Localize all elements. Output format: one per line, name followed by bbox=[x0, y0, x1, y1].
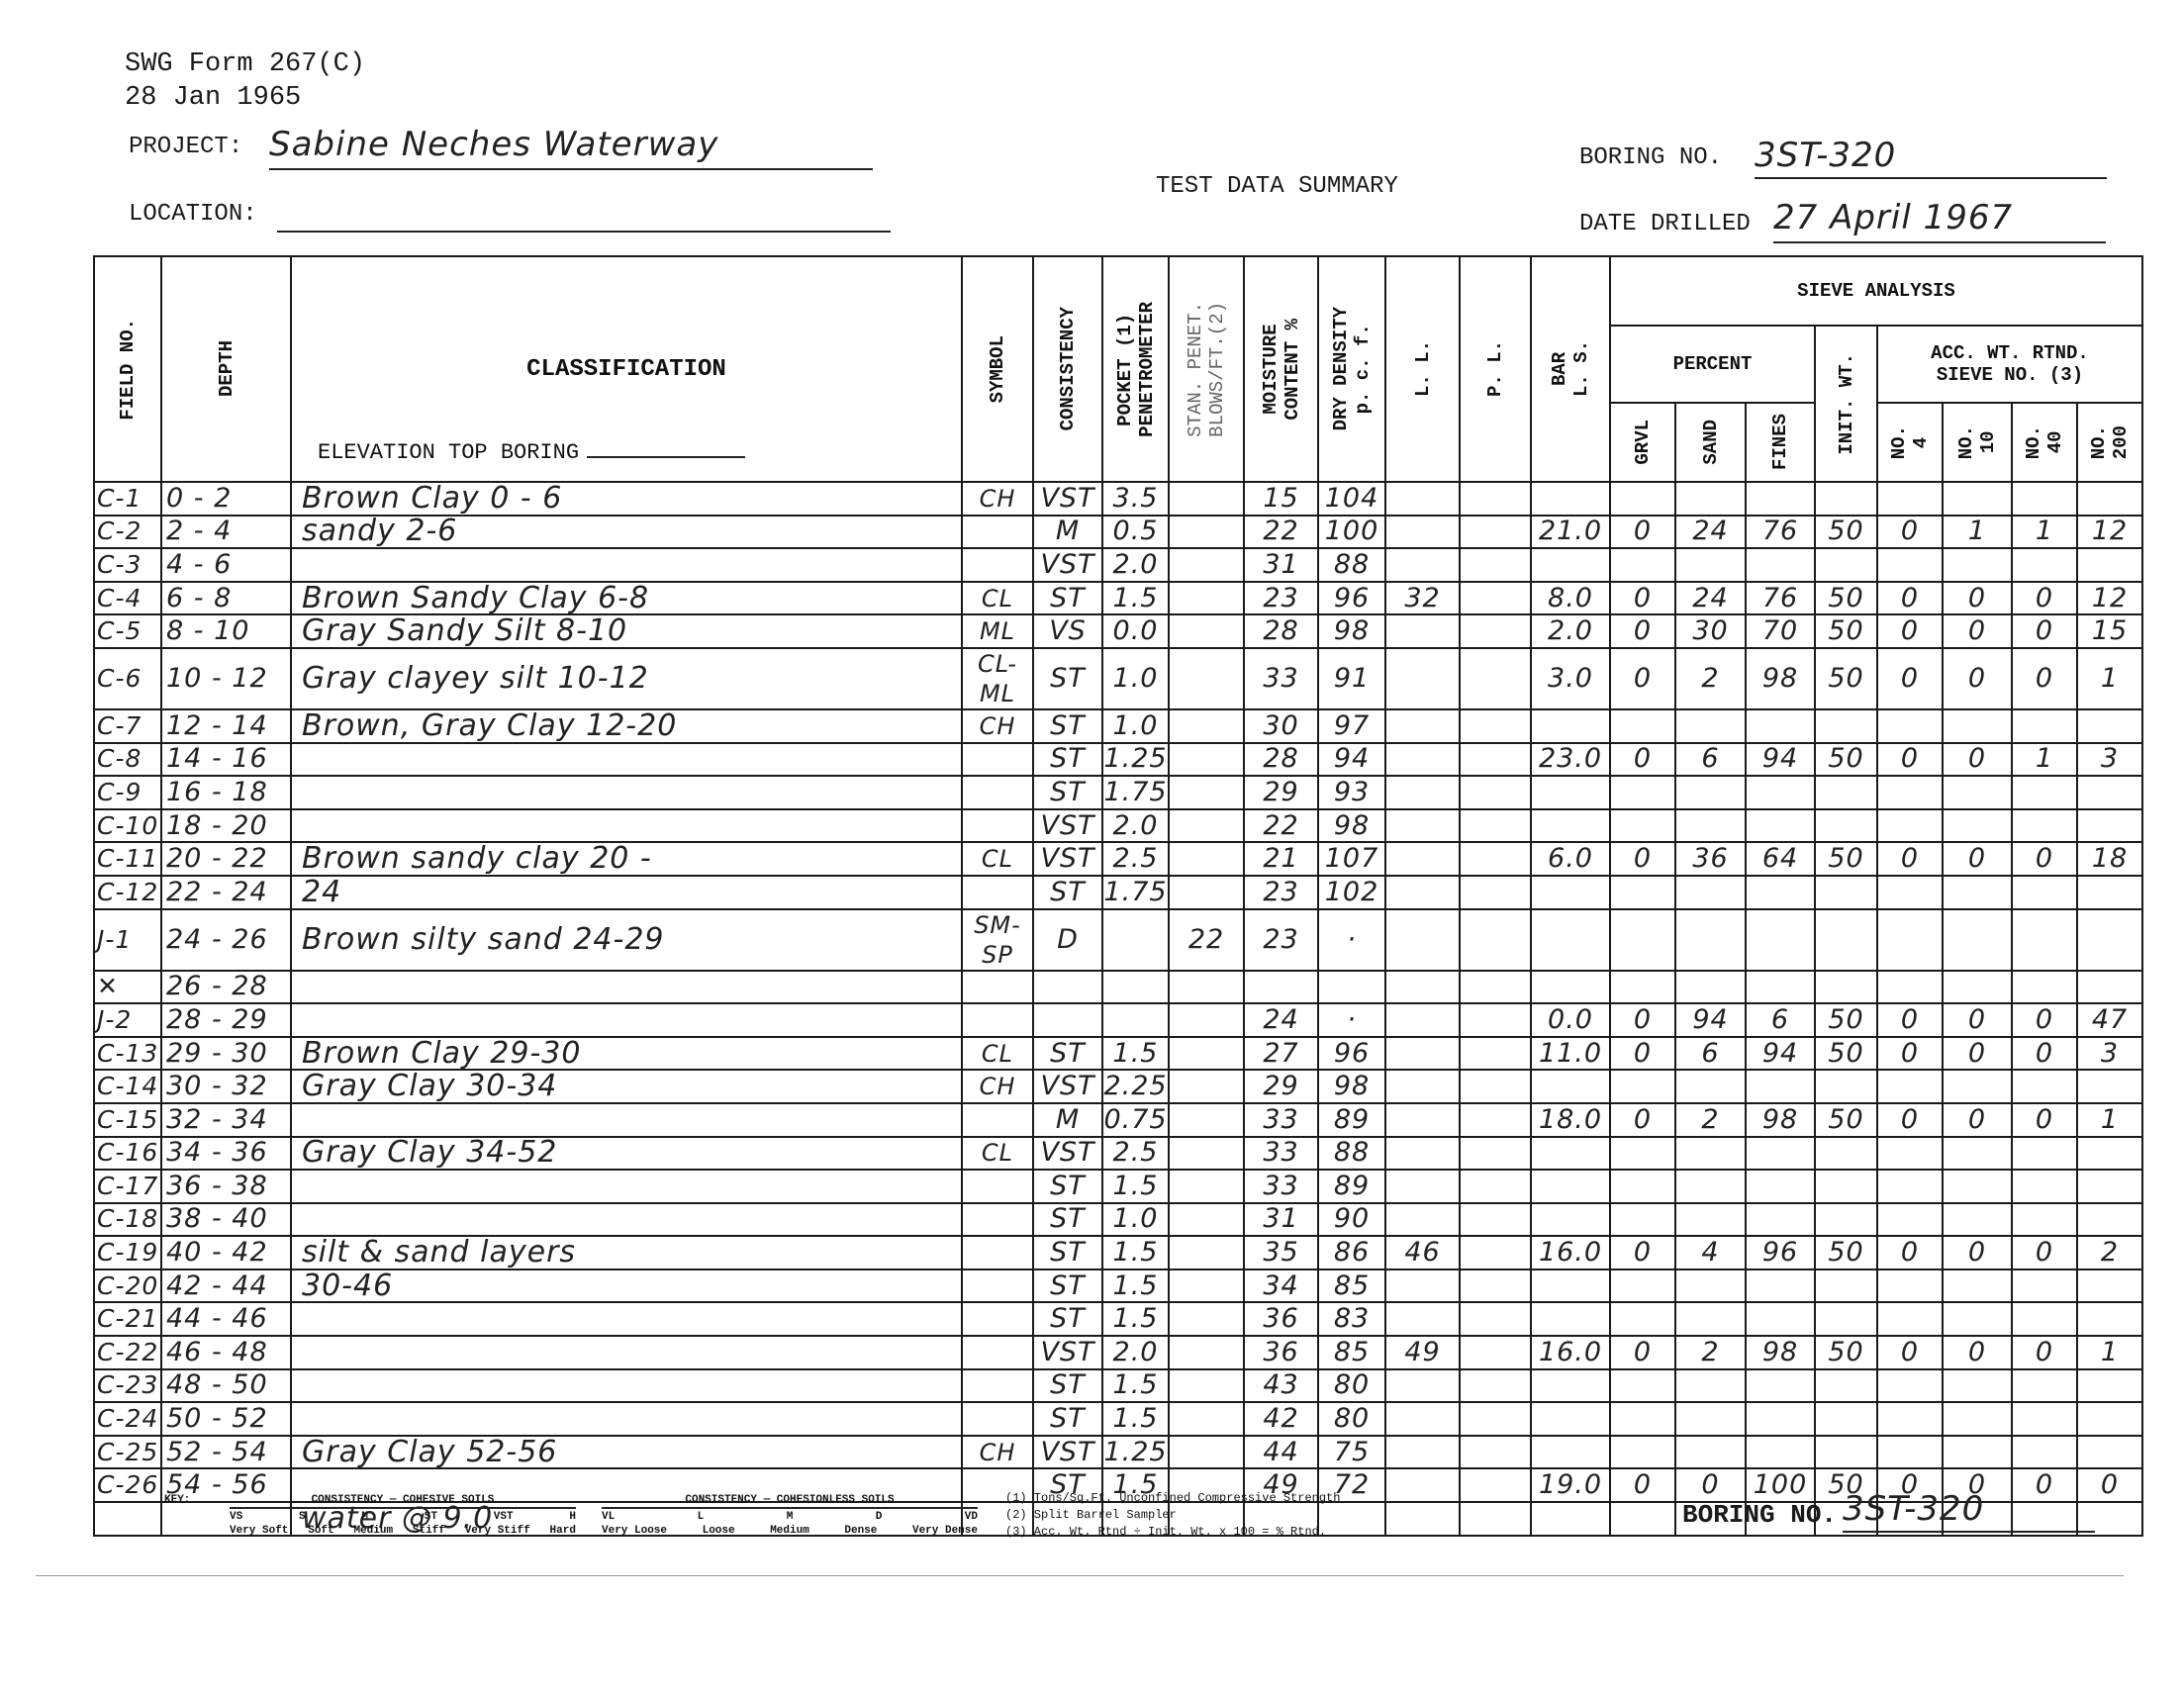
cell-field-no[interactable]: C-10 bbox=[94, 809, 161, 843]
cell-fines-pct[interactable] bbox=[1746, 1436, 1815, 1469]
cell-bar-linear-shrinkage[interactable] bbox=[1531, 1402, 1610, 1436]
cell-ret-no-200[interactable]: 1 bbox=[2077, 648, 2142, 709]
cell-fines-pct[interactable]: 100 bbox=[1746, 1468, 1815, 1502]
cell-liquid-limit[interactable] bbox=[1385, 1203, 1460, 1237]
cell-ret-no-40[interactable] bbox=[2012, 1203, 2077, 1237]
cell-ret-no-10[interactable] bbox=[1943, 876, 2012, 909]
cell-initial-weight[interactable]: 50 bbox=[1815, 648, 1877, 709]
cell-liquid-limit[interactable] bbox=[1385, 1137, 1460, 1171]
cell-pocket-penetrometer[interactable]: 1.0 bbox=[1102, 1203, 1169, 1237]
cell-bar-linear-shrinkage[interactable]: 21.0 bbox=[1531, 516, 1610, 549]
cell-classification[interactable] bbox=[291, 971, 962, 1004]
cell-sand-pct[interactable]: 4 bbox=[1675, 1236, 1746, 1269]
cell-moisture-content[interactable]: 36 bbox=[1244, 1302, 1318, 1336]
cell-std-penetration[interactable] bbox=[1169, 1203, 1244, 1237]
cell-pocket-penetrometer[interactable]: 2.0 bbox=[1102, 1336, 1169, 1369]
cell-plastic-limit[interactable] bbox=[1460, 1502, 1531, 1536]
cell-consistency[interactable]: VST bbox=[1033, 1336, 1102, 1369]
cell-std-penetration[interactable] bbox=[1169, 582, 1244, 615]
cell-pocket-penetrometer[interactable]: 2.25 bbox=[1102, 1070, 1169, 1103]
cell-bar-linear-shrinkage[interactable] bbox=[1531, 809, 1610, 843]
cell-ret-no-40[interactable]: 0 bbox=[2012, 1236, 2077, 1269]
cell-ret-no-40[interactable]: 0 bbox=[2012, 1037, 2077, 1071]
cell-ret-no-4[interactable]: 0 bbox=[1877, 1103, 1943, 1137]
cell-gravel-pct[interactable] bbox=[1610, 1369, 1675, 1403]
cell-ret-no-200[interactable] bbox=[2077, 1269, 2142, 1303]
cell-fines-pct[interactable]: 94 bbox=[1746, 743, 1815, 777]
cell-liquid-limit[interactable] bbox=[1385, 1468, 1460, 1502]
cell-depth[interactable]: 22 - 24 bbox=[161, 876, 291, 909]
cell-bar-linear-shrinkage[interactable] bbox=[1531, 548, 1610, 582]
cell-fines-pct[interactable]: 98 bbox=[1746, 1103, 1815, 1137]
cell-ret-no-10[interactable] bbox=[1943, 776, 2012, 809]
cell-classification[interactable]: Brown silty sand 24-29 bbox=[291, 909, 962, 971]
cell-bar-linear-shrinkage[interactable]: 19.0 bbox=[1531, 1468, 1610, 1502]
cell-ret-no-200[interactable] bbox=[2077, 1203, 2142, 1237]
cell-depth[interactable]: 36 - 38 bbox=[161, 1170, 291, 1203]
cell-symbol[interactable] bbox=[962, 1203, 1033, 1237]
cell-gravel-pct[interactable]: 0 bbox=[1610, 1468, 1675, 1502]
cell-gravel-pct[interactable]: 0 bbox=[1610, 842, 1675, 876]
cell-dry-density[interactable]: 107 bbox=[1318, 842, 1385, 876]
cell-initial-weight[interactable] bbox=[1815, 1302, 1877, 1336]
cell-std-penetration[interactable] bbox=[1169, 516, 1244, 549]
cell-ret-no-10[interactable] bbox=[1943, 1302, 2012, 1336]
cell-bar-linear-shrinkage[interactable]: 11.0 bbox=[1531, 1037, 1610, 1071]
cell-ret-no-40[interactable] bbox=[2012, 809, 2077, 843]
cell-pocket-penetrometer[interactable]: 1.75 bbox=[1102, 876, 1169, 909]
cell-ret-no-10[interactable] bbox=[1943, 971, 2012, 1004]
cell-pocket-penetrometer[interactable]: 2.0 bbox=[1102, 809, 1169, 843]
cell-plastic-limit[interactable] bbox=[1460, 876, 1531, 909]
cell-fines-pct[interactable] bbox=[1746, 1137, 1815, 1171]
cell-field-no[interactable]: J-2 bbox=[94, 1003, 161, 1037]
cell-gravel-pct[interactable] bbox=[1610, 809, 1675, 843]
cell-dry-density[interactable]: · bbox=[1318, 1003, 1385, 1037]
cell-ret-no-40[interactable]: 0 bbox=[2012, 614, 2077, 648]
cell-liquid-limit[interactable] bbox=[1385, 548, 1460, 582]
cell-field-no[interactable]: C-20 bbox=[94, 1269, 161, 1303]
cell-ret-no-4[interactable] bbox=[1877, 482, 1943, 516]
cell-moisture-content[interactable]: 31 bbox=[1244, 1203, 1318, 1237]
cell-depth[interactable]: 24 - 26 bbox=[161, 909, 291, 971]
cell-ret-no-10[interactable] bbox=[1943, 1369, 2012, 1403]
cell-classification[interactable] bbox=[291, 809, 962, 843]
cell-ret-no-10[interactable] bbox=[1943, 809, 2012, 843]
cell-consistency[interactable]: ST bbox=[1033, 743, 1102, 777]
cell-ret-no-10[interactable]: 0 bbox=[1943, 1336, 2012, 1369]
cell-bar-linear-shrinkage[interactable] bbox=[1531, 1137, 1610, 1171]
cell-initial-weight[interactable] bbox=[1815, 1402, 1877, 1436]
cell-ret-no-10[interactable]: 0 bbox=[1943, 582, 2012, 615]
cell-consistency[interactable]: M bbox=[1033, 516, 1102, 549]
cell-sand-pct[interactable] bbox=[1675, 1369, 1746, 1403]
cell-moisture-content[interactable]: 36 bbox=[1244, 1336, 1318, 1369]
cell-gravel-pct[interactable]: 0 bbox=[1610, 582, 1675, 615]
cell-gravel-pct[interactable] bbox=[1610, 1137, 1675, 1171]
cell-gravel-pct[interactable]: 0 bbox=[1610, 648, 1675, 709]
cell-gravel-pct[interactable] bbox=[1610, 1402, 1675, 1436]
cell-std-penetration[interactable] bbox=[1169, 1003, 1244, 1037]
cell-depth[interactable]: 52 - 54 bbox=[161, 1436, 291, 1469]
cell-ret-no-200[interactable] bbox=[2077, 809, 2142, 843]
cell-initial-weight[interactable] bbox=[1815, 1203, 1877, 1237]
cell-gravel-pct[interactable]: 0 bbox=[1610, 614, 1675, 648]
cell-bar-linear-shrinkage[interactable]: 23.0 bbox=[1531, 743, 1610, 777]
cell-fines-pct[interactable]: 98 bbox=[1746, 1336, 1815, 1369]
cell-fines-pct[interactable] bbox=[1746, 482, 1815, 516]
cell-symbol[interactable]: ML bbox=[962, 614, 1033, 648]
cell-ret-no-200[interactable] bbox=[2077, 1402, 2142, 1436]
cell-sand-pct[interactable] bbox=[1675, 548, 1746, 582]
cell-ret-no-40[interactable]: 0 bbox=[2012, 842, 2077, 876]
cell-sand-pct[interactable] bbox=[1675, 482, 1746, 516]
cell-ret-no-200[interactable]: 3 bbox=[2077, 743, 2142, 777]
date-drilled-field[interactable]: 27 April 1967 bbox=[1773, 198, 2106, 243]
cell-initial-weight[interactable]: 50 bbox=[1815, 614, 1877, 648]
cell-ret-no-40[interactable] bbox=[2012, 971, 2077, 1004]
project-field[interactable]: Sabine Neches Waterway bbox=[269, 125, 873, 170]
cell-classification[interactable]: Gray Clay 52-56 bbox=[291, 1436, 962, 1469]
cell-moisture-content[interactable]: 42 bbox=[1244, 1402, 1318, 1436]
cell-symbol[interactable]: CL bbox=[962, 582, 1033, 615]
cell-moisture-content[interactable]: 23 bbox=[1244, 909, 1318, 971]
cell-ret-no-4[interactable] bbox=[1877, 1436, 1943, 1469]
cell-pocket-penetrometer[interactable]: 1.5 bbox=[1102, 582, 1169, 615]
cell-fines-pct[interactable] bbox=[1746, 709, 1815, 743]
cell-dry-density[interactable]: 89 bbox=[1318, 1170, 1385, 1203]
cell-std-penetration[interactable] bbox=[1169, 743, 1244, 777]
cell-symbol[interactable]: CH bbox=[962, 1436, 1033, 1469]
cell-field-no[interactable]: C-12 bbox=[94, 876, 161, 909]
cell-field-no[interactable]: C-13 bbox=[94, 1037, 161, 1071]
cell-dry-density[interactable]: 96 bbox=[1318, 582, 1385, 615]
cell-bar-linear-shrinkage[interactable] bbox=[1531, 1203, 1610, 1237]
cell-gravel-pct[interactable]: 0 bbox=[1610, 743, 1675, 777]
cell-consistency[interactable]: ST bbox=[1033, 1369, 1102, 1403]
cell-initial-weight[interactable]: 50 bbox=[1815, 516, 1877, 549]
cell-depth[interactable]: 20 - 22 bbox=[161, 842, 291, 876]
cell-sand-pct[interactable] bbox=[1675, 1402, 1746, 1436]
cell-dry-density[interactable]: · bbox=[1318, 909, 1385, 971]
cell-plastic-limit[interactable] bbox=[1460, 1402, 1531, 1436]
cell-ret-no-10[interactable]: 0 bbox=[1943, 1003, 2012, 1037]
cell-field-no[interactable]: C-22 bbox=[94, 1336, 161, 1369]
cell-fines-pct[interactable]: 76 bbox=[1746, 582, 1815, 615]
cell-ret-no-40[interactable] bbox=[2012, 1269, 2077, 1303]
cell-symbol[interactable] bbox=[962, 1269, 1033, 1303]
cell-fines-pct[interactable]: 64 bbox=[1746, 842, 1815, 876]
cell-dry-density[interactable]: 104 bbox=[1318, 482, 1385, 516]
cell-depth[interactable]: 44 - 46 bbox=[161, 1302, 291, 1336]
cell-classification[interactable] bbox=[291, 1336, 962, 1369]
cell-classification[interactable] bbox=[291, 1103, 962, 1137]
cell-symbol[interactable]: CL bbox=[962, 1037, 1033, 1071]
cell-liquid-limit[interactable] bbox=[1385, 776, 1460, 809]
cell-depth[interactable]: 26 - 28 bbox=[161, 971, 291, 1004]
cell-std-penetration[interactable] bbox=[1169, 809, 1244, 843]
cell-moisture-content[interactable]: 33 bbox=[1244, 1103, 1318, 1137]
cell-gravel-pct[interactable] bbox=[1610, 1502, 1675, 1536]
cell-fines-pct[interactable] bbox=[1746, 1203, 1815, 1237]
cell-symbol[interactable]: CL-ML bbox=[962, 648, 1033, 709]
cell-classification[interactable]: Brown, Gray Clay 12-20 bbox=[291, 709, 962, 743]
cell-ret-no-4[interactable]: 0 bbox=[1877, 743, 1943, 777]
cell-sand-pct[interactable]: 6 bbox=[1675, 743, 1746, 777]
cell-std-penetration[interactable] bbox=[1169, 776, 1244, 809]
cell-fines-pct[interactable] bbox=[1746, 1170, 1815, 1203]
cell-plastic-limit[interactable] bbox=[1460, 1137, 1531, 1171]
cell-ret-no-200[interactable] bbox=[2077, 548, 2142, 582]
cell-ret-no-40[interactable]: 0 bbox=[2012, 648, 2077, 709]
cell-gravel-pct[interactable] bbox=[1610, 482, 1675, 516]
cell-moisture-content[interactable]: 44 bbox=[1244, 1436, 1318, 1469]
cell-depth[interactable]: 6 - 8 bbox=[161, 582, 291, 615]
cell-moisture-content[interactable]: 15 bbox=[1244, 482, 1318, 516]
cell-ret-no-4[interactable] bbox=[1877, 1302, 1943, 1336]
cell-field-no[interactable]: C-4 bbox=[94, 582, 161, 615]
cell-moisture-content[interactable]: 22 bbox=[1244, 516, 1318, 549]
cell-plastic-limit[interactable] bbox=[1460, 1336, 1531, 1369]
cell-depth[interactable]: 38 - 40 bbox=[161, 1203, 291, 1237]
cell-dry-density[interactable] bbox=[1318, 971, 1385, 1004]
cell-classification[interactable]: silt & sand layers bbox=[291, 1236, 962, 1269]
cell-symbol[interactable] bbox=[962, 776, 1033, 809]
cell-ret-no-4[interactable] bbox=[1877, 1137, 1943, 1171]
elevation-field[interactable] bbox=[587, 456, 745, 458]
footer-boring-field[interactable]: 3ST-320 bbox=[1843, 1489, 2095, 1533]
cell-ret-no-200[interactable] bbox=[2077, 971, 2142, 1004]
cell-ret-no-200[interactable]: 3 bbox=[2077, 1037, 2142, 1071]
cell-fines-pct[interactable]: 98 bbox=[1746, 648, 1815, 709]
cell-symbol[interactable] bbox=[962, 1170, 1033, 1203]
cell-sand-pct[interactable] bbox=[1675, 1137, 1746, 1171]
cell-ret-no-4[interactable] bbox=[1877, 776, 1943, 809]
cell-sand-pct[interactable] bbox=[1675, 809, 1746, 843]
cell-bar-linear-shrinkage[interactable]: 16.0 bbox=[1531, 1336, 1610, 1369]
cell-liquid-limit[interactable] bbox=[1385, 516, 1460, 549]
cell-initial-weight[interactable]: 50 bbox=[1815, 1003, 1877, 1037]
cell-gravel-pct[interactable]: 0 bbox=[1610, 1037, 1675, 1071]
cell-field-no[interactable]: C-21 bbox=[94, 1302, 161, 1336]
cell-depth[interactable]: 32 - 34 bbox=[161, 1103, 291, 1137]
cell-classification[interactable]: Gray clayey silt 10-12 bbox=[291, 648, 962, 709]
cell-initial-weight[interactable] bbox=[1815, 1170, 1877, 1203]
cell-gravel-pct[interactable]: 0 bbox=[1610, 1236, 1675, 1269]
cell-sand-pct[interactable]: 6 bbox=[1675, 1037, 1746, 1071]
cell-gravel-pct[interactable] bbox=[1610, 1436, 1675, 1469]
cell-gravel-pct[interactable]: 0 bbox=[1610, 1103, 1675, 1137]
cell-ret-no-10[interactable] bbox=[1943, 1170, 2012, 1203]
cell-moisture-content[interactable]: 29 bbox=[1244, 1070, 1318, 1103]
cell-ret-no-200[interactable]: 47 bbox=[2077, 1003, 2142, 1037]
cell-gravel-pct[interactable]: 0 bbox=[1610, 1003, 1675, 1037]
cell-consistency[interactable]: VST bbox=[1033, 1436, 1102, 1469]
cell-pocket-penetrometer[interactable]: 0.75 bbox=[1102, 1103, 1169, 1137]
cell-consistency[interactable] bbox=[1033, 971, 1102, 1004]
cell-ret-no-4[interactable] bbox=[1877, 971, 1943, 1004]
cell-ret-no-4[interactable] bbox=[1877, 1402, 1943, 1436]
cell-std-penetration[interactable] bbox=[1169, 1369, 1244, 1403]
cell-field-no[interactable]: C-15 bbox=[94, 1103, 161, 1137]
cell-gravel-pct[interactable] bbox=[1610, 1170, 1675, 1203]
cell-moisture-content[interactable]: 21 bbox=[1244, 842, 1318, 876]
cell-ret-no-4[interactable] bbox=[1877, 548, 1943, 582]
cell-ret-no-4[interactable]: 0 bbox=[1877, 582, 1943, 615]
cell-consistency[interactable]: ST bbox=[1033, 776, 1102, 809]
cell-fines-pct[interactable] bbox=[1746, 909, 1815, 971]
cell-ret-no-40[interactable] bbox=[2012, 776, 2077, 809]
cell-consistency[interactable]: ST bbox=[1033, 876, 1102, 909]
cell-moisture-content[interactable]: 30 bbox=[1244, 709, 1318, 743]
cell-symbol[interactable] bbox=[962, 548, 1033, 582]
cell-liquid-limit[interactable] bbox=[1385, 1269, 1460, 1303]
cell-consistency[interactable]: D bbox=[1033, 909, 1102, 971]
cell-std-penetration[interactable] bbox=[1169, 1170, 1244, 1203]
cell-moisture-content[interactable]: 23 bbox=[1244, 582, 1318, 615]
cell-std-penetration[interactable] bbox=[1169, 1436, 1244, 1469]
cell-depth[interactable]: 42 - 44 bbox=[161, 1269, 291, 1303]
cell-std-penetration[interactable] bbox=[1169, 876, 1244, 909]
cell-plastic-limit[interactable] bbox=[1460, 743, 1531, 777]
cell-ret-no-40[interactable] bbox=[2012, 1137, 2077, 1171]
cell-pocket-penetrometer[interactable] bbox=[1102, 909, 1169, 971]
cell-std-penetration[interactable]: 22 bbox=[1169, 909, 1244, 971]
cell-ret-no-10[interactable] bbox=[1943, 1436, 2012, 1469]
cell-liquid-limit[interactable] bbox=[1385, 482, 1460, 516]
cell-plastic-limit[interactable] bbox=[1460, 516, 1531, 549]
cell-depth[interactable]: 4 - 6 bbox=[161, 548, 291, 582]
cell-plastic-limit[interactable] bbox=[1460, 1103, 1531, 1137]
cell-symbol[interactable]: SM-SP bbox=[962, 909, 1033, 971]
cell-symbol[interactable] bbox=[962, 1103, 1033, 1137]
cell-ret-no-4[interactable] bbox=[1877, 909, 1943, 971]
cell-consistency[interactable] bbox=[1033, 1003, 1102, 1037]
cell-moisture-content[interactable]: 29 bbox=[1244, 776, 1318, 809]
cell-sand-pct[interactable]: 94 bbox=[1675, 1003, 1746, 1037]
cell-initial-weight[interactable] bbox=[1815, 1269, 1877, 1303]
cell-pocket-penetrometer[interactable]: 1.5 bbox=[1102, 1236, 1169, 1269]
cell-bar-linear-shrinkage[interactable] bbox=[1531, 1436, 1610, 1469]
cell-ret-no-4[interactable] bbox=[1877, 709, 1943, 743]
cell-field-no[interactable]: C-19 bbox=[94, 1236, 161, 1269]
cell-moisture-content[interactable]: 28 bbox=[1244, 614, 1318, 648]
cell-std-penetration[interactable] bbox=[1169, 614, 1244, 648]
cell-initial-weight[interactable]: 50 bbox=[1815, 1236, 1877, 1269]
cell-liquid-limit[interactable]: 49 bbox=[1385, 1336, 1460, 1369]
cell-classification[interactable]: 30-46 bbox=[291, 1269, 962, 1303]
cell-ret-no-10[interactable] bbox=[1943, 1137, 2012, 1171]
cell-ret-no-200[interactable] bbox=[2077, 709, 2142, 743]
cell-consistency[interactable]: VST bbox=[1033, 842, 1102, 876]
cell-consistency[interactable]: M bbox=[1033, 1103, 1102, 1137]
cell-pocket-penetrometer[interactable]: 1.0 bbox=[1102, 709, 1169, 743]
cell-symbol[interactable] bbox=[962, 1236, 1033, 1269]
cell-symbol[interactable]: CH bbox=[962, 1070, 1033, 1103]
cell-dry-density[interactable]: 98 bbox=[1318, 1070, 1385, 1103]
location-field[interactable] bbox=[277, 231, 891, 233]
cell-pocket-penetrometer[interactable]: 2.0 bbox=[1102, 548, 1169, 582]
cell-bar-linear-shrinkage[interactable]: 16.0 bbox=[1531, 1236, 1610, 1269]
cell-ret-no-200[interactable]: 15 bbox=[2077, 614, 2142, 648]
cell-gravel-pct[interactable] bbox=[1610, 971, 1675, 1004]
cell-bar-linear-shrinkage[interactable] bbox=[1531, 709, 1610, 743]
cell-dry-density[interactable]: 80 bbox=[1318, 1402, 1385, 1436]
cell-bar-linear-shrinkage[interactable] bbox=[1531, 1369, 1610, 1403]
cell-fines-pct[interactable] bbox=[1746, 1070, 1815, 1103]
cell-ret-no-10[interactable] bbox=[1943, 1070, 2012, 1103]
cell-liquid-limit[interactable] bbox=[1385, 876, 1460, 909]
cell-dry-density[interactable]: 75 bbox=[1318, 1436, 1385, 1469]
cell-fines-pct[interactable] bbox=[1746, 809, 1815, 843]
cell-bar-linear-shrinkage[interactable]: 2.0 bbox=[1531, 614, 1610, 648]
cell-ret-no-4[interactable]: 0 bbox=[1877, 1236, 1943, 1269]
cell-liquid-limit[interactable] bbox=[1385, 971, 1460, 1004]
cell-std-penetration[interactable] bbox=[1169, 1269, 1244, 1303]
cell-sand-pct[interactable]: 24 bbox=[1675, 516, 1746, 549]
cell-liquid-limit[interactable] bbox=[1385, 1103, 1460, 1137]
cell-moisture-content[interactable]: 24 bbox=[1244, 1003, 1318, 1037]
cell-initial-weight[interactable]: 50 bbox=[1815, 582, 1877, 615]
cell-dry-density[interactable]: 85 bbox=[1318, 1269, 1385, 1303]
cell-initial-weight[interactable] bbox=[1815, 776, 1877, 809]
cell-pocket-penetrometer[interactable]: 1.75 bbox=[1102, 776, 1169, 809]
cell-bar-linear-shrinkage[interactable] bbox=[1531, 1269, 1610, 1303]
cell-plastic-limit[interactable] bbox=[1460, 548, 1531, 582]
cell-ret-no-40[interactable] bbox=[2012, 1402, 2077, 1436]
cell-plastic-limit[interactable] bbox=[1460, 1302, 1531, 1336]
boring-number-field[interactable]: 3ST-320 bbox=[1755, 136, 2107, 179]
cell-ret-no-40[interactable]: 1 bbox=[2012, 743, 2077, 777]
cell-fines-pct[interactable] bbox=[1746, 776, 1815, 809]
cell-dry-density[interactable]: 88 bbox=[1318, 1137, 1385, 1171]
cell-dry-density[interactable]: 102 bbox=[1318, 876, 1385, 909]
cell-std-penetration[interactable] bbox=[1169, 1070, 1244, 1103]
cell-std-penetration[interactable] bbox=[1169, 548, 1244, 582]
cell-classification[interactable]: Brown Clay 0 - 6 bbox=[291, 482, 962, 516]
cell-bar-linear-shrinkage[interactable] bbox=[1531, 1170, 1610, 1203]
cell-ret-no-200[interactable]: 18 bbox=[2077, 842, 2142, 876]
cell-pocket-penetrometer[interactable]: 1.25 bbox=[1102, 743, 1169, 777]
cell-dry-density[interactable]: 85 bbox=[1318, 1336, 1385, 1369]
cell-std-penetration[interactable] bbox=[1169, 1037, 1244, 1071]
cell-ret-no-10[interactable]: 0 bbox=[1943, 1103, 2012, 1137]
cell-fines-pct[interactable] bbox=[1746, 1402, 1815, 1436]
cell-fines-pct[interactable] bbox=[1746, 548, 1815, 582]
cell-bar-linear-shrinkage[interactable]: 8.0 bbox=[1531, 582, 1610, 615]
cell-dry-density[interactable]: 83 bbox=[1318, 1302, 1385, 1336]
cell-plastic-limit[interactable] bbox=[1460, 971, 1531, 1004]
cell-dry-density[interactable]: 100 bbox=[1318, 516, 1385, 549]
cell-pocket-penetrometer[interactable]: 1.5 bbox=[1102, 1402, 1169, 1436]
cell-plastic-limit[interactable] bbox=[1460, 1269, 1531, 1303]
cell-initial-weight[interactable] bbox=[1815, 1436, 1877, 1469]
cell-consistency[interactable]: ST bbox=[1033, 1302, 1102, 1336]
cell-consistency[interactable]: ST bbox=[1033, 582, 1102, 615]
cell-gravel-pct[interactable] bbox=[1610, 1269, 1675, 1303]
cell-bar-linear-shrinkage[interactable]: 3.0 bbox=[1531, 648, 1610, 709]
cell-symbol[interactable] bbox=[962, 1003, 1033, 1037]
cell-bar-linear-shrinkage[interactable]: 18.0 bbox=[1531, 1103, 1610, 1137]
cell-ret-no-10[interactable] bbox=[1943, 1203, 2012, 1237]
cell-plastic-limit[interactable] bbox=[1460, 809, 1531, 843]
cell-ret-no-10[interactable]: 1 bbox=[1943, 516, 2012, 549]
cell-plastic-limit[interactable] bbox=[1460, 1170, 1531, 1203]
cell-depth[interactable]: 46 - 48 bbox=[161, 1336, 291, 1369]
cell-symbol[interactable]: CH bbox=[962, 482, 1033, 516]
cell-classification[interactable]: Gray Clay 30-34 bbox=[291, 1070, 962, 1103]
cell-moisture-content[interactable]: 22 bbox=[1244, 809, 1318, 843]
